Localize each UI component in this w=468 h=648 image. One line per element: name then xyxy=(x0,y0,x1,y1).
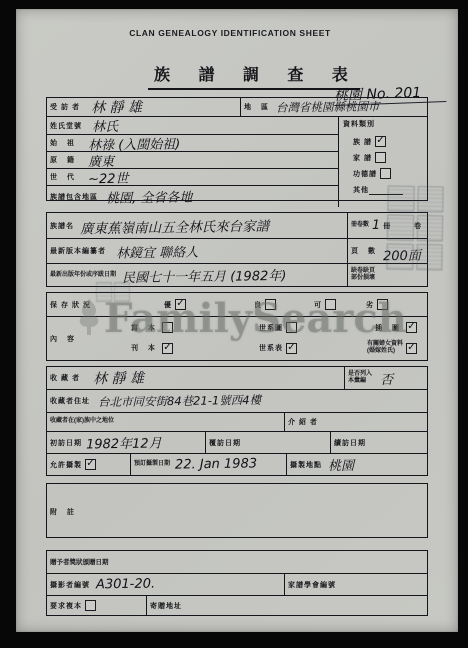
lineage-chart-checkbox xyxy=(286,322,297,333)
followup-visit-label: 續訪日期 xyxy=(334,438,366,448)
first-visit-label: 初訪日期 xyxy=(50,438,82,448)
admin-table: 贈予者獎狀頒贈日期 攝影者編號 A301-20. 家譜學會編號 要求複本 xyxy=(46,550,428,616)
donor-award-date-label: 贈予者獎狀頒贈日期 xyxy=(50,559,109,566)
other-option-blank xyxy=(369,187,403,195)
surname-hall-label: 姓氏堂號 xyxy=(50,121,82,131)
volumes-label: 冊卷數 xyxy=(351,222,369,229)
volumes-unit-juan: 卷 xyxy=(414,221,424,231)
poor-option-label: 劣 xyxy=(366,300,374,310)
volumes-value: 1 xyxy=(372,218,380,233)
fair-option-label: 可 xyxy=(314,300,322,310)
book-title-label: 族譜名 xyxy=(50,221,74,231)
scheduled-filming-date-label: 預訂攝製日期 xyxy=(134,461,170,468)
partial-damage-label: 部份損壞 xyxy=(351,275,375,282)
holder-address-value: 台北市同安街84巷21-1號西4樓 xyxy=(98,392,261,410)
origin-label: 原 籍 xyxy=(50,155,78,165)
form-title: 族 譜 調 查 表 xyxy=(148,62,360,90)
notes-table: 附 註 xyxy=(46,483,428,538)
first-visit-value: 1982年12月 xyxy=(86,432,162,452)
compiler-value: 林鏡宜 聯絡人 xyxy=(116,241,198,261)
manuscript-checkbox xyxy=(162,322,173,333)
scheduled-filming-date-value: 22. Jan 1983 xyxy=(175,456,257,472)
merit-genealogy-checkbox xyxy=(380,168,391,179)
first-ancestor-label: 始 祖 xyxy=(50,138,78,148)
coverage-label: 族譜包含地區 xyxy=(50,192,98,202)
good-option-label: 良 xyxy=(254,300,262,310)
printed-option-label: 刊 本 xyxy=(131,343,159,353)
holder-table: 收藏者 林 靜 雄 是否列入 本彙編 否 收藏者住址 台北市同安街84巷21-1… xyxy=(46,366,428,476)
interviewee-label: 受訪者 xyxy=(50,102,83,112)
lineage-chart-option-label: 世系圖 xyxy=(259,323,283,333)
basic-info-table: 受訪者 林 靜 雄 地 區 台灣省桃園縣桃園市 姓氏堂號 林氏 xyxy=(46,97,428,201)
good-checkbox xyxy=(265,299,276,310)
excellent-option-label: 優 xyxy=(164,300,172,310)
interviewee-value: 林 靜 雄 xyxy=(91,97,142,118)
merit-genealogy-option-label: 功德譜 xyxy=(353,169,377,179)
holder-value: 林 靜 雄 xyxy=(93,368,144,389)
generations-value: ~22世 xyxy=(88,167,129,187)
pages-value: 200面 xyxy=(383,244,421,264)
clan-genealogy-option-label: 族 譜 xyxy=(353,137,372,147)
included-label-line2: 本彙編 xyxy=(348,378,372,385)
book-info-table: 族譜名 廣東蕉嶺南山五全林氏來台家譜 冊卷數 1 冊 卷 最新版本編纂者 林鏡宜… xyxy=(46,212,428,287)
clan-genealogy-checkbox: ✓ xyxy=(375,136,386,147)
publication-date-value: 民國七十一年五月 (1982年) xyxy=(122,264,287,285)
surname-hall-value: 林氏 xyxy=(92,116,118,135)
mailing-address-label: 寄贈地址 xyxy=(150,601,182,611)
fair-checkbox xyxy=(325,299,336,310)
material-type-label: 資料類別 xyxy=(343,119,423,129)
lineage-table-checkbox: ✓ xyxy=(286,343,297,354)
second-visit-label: 覆訪日期 xyxy=(209,438,241,448)
family-genealogy-checkbox xyxy=(375,152,386,163)
form-paper: CLAN GENEALOGY IDENTIFICATION SHEET 族 譜 … xyxy=(16,9,458,632)
missing-volumes-label: 缺卷缺頁 xyxy=(351,268,375,275)
area-value: 台灣省桃園縣桃園市 xyxy=(276,98,380,115)
photographer-number-value: A301-20. xyxy=(96,577,155,593)
other-option-label: 其他 xyxy=(353,185,369,195)
holder-label: 收藏者 xyxy=(50,373,83,383)
scanned-document: CLAN GENEALOGY IDENTIFICATION SHEET 族 譜 … xyxy=(0,0,468,648)
english-title: CLAN GENEALOGY IDENTIFICATION SHEET xyxy=(16,28,444,38)
copy-requested-label: 要求複本 xyxy=(50,601,82,611)
material-type-cell: 資料類別 族 譜 ✓ 家 譜 功德譜 其他 xyxy=(339,117,427,207)
photographer-number-label: 攝影者編號 xyxy=(50,580,90,590)
familysearch-tree-icon xyxy=(76,297,102,337)
area-label: 地 區 xyxy=(244,102,272,112)
family-genealogy-option-label: 家 譜 xyxy=(353,153,372,163)
introducer-label: 介 紹 者 xyxy=(288,417,318,427)
included-value: 否 xyxy=(380,369,393,388)
society-number-label: 家譜學會編號 xyxy=(288,580,336,590)
filming-location-label: 攝製地點 xyxy=(290,460,322,470)
poor-checkbox xyxy=(377,299,388,310)
book-title-value: 廣東蕉嶺南山五全林氏來台家譜 xyxy=(80,214,269,237)
illustration-option-label: 插 圖 xyxy=(375,323,403,333)
pages-label: 頁 數 xyxy=(351,246,379,256)
holder-position-label: 收藏者在(家)族中之地位 xyxy=(50,418,114,425)
condition-table: 保存狀況 優 ✓ 良 可 劣 xyxy=(46,292,428,361)
holder-address-label: 收藏者住址 xyxy=(50,396,90,406)
publication-date-label: 最新出版年份或序跋日期 xyxy=(50,272,116,279)
contents-label: 內 容 xyxy=(50,334,78,344)
manuscript-option-label: 寫 本 xyxy=(131,323,159,333)
origin-value: 廣東 xyxy=(88,150,114,169)
women-data-checkbox: ✓ xyxy=(406,343,417,354)
filming-permitted-label: 允許攝製 xyxy=(50,460,82,470)
filming-location-value: 桃園 xyxy=(328,455,354,474)
generations-label: 世 代 xyxy=(50,172,78,182)
excellent-checkbox: ✓ xyxy=(175,299,186,310)
illustration-checkbox: ✓ xyxy=(406,322,417,333)
volumes-unit-ce: 冊 xyxy=(383,221,391,231)
compiler-label: 最新版本編纂者 xyxy=(50,246,106,256)
lineage-table-option-label: 世系表 xyxy=(259,343,283,353)
copy-requested-checkbox xyxy=(85,600,96,611)
women-data-label-line1: 有關婦女資料 xyxy=(367,341,403,348)
coverage-value: 桃園, 全省各地 xyxy=(106,186,193,206)
women-data-label-line2: (婚嫁姓氏) xyxy=(367,348,395,355)
filming-permitted-checkbox: ✓ xyxy=(85,459,96,470)
notes-label: 附 註 xyxy=(50,507,78,517)
printed-checkbox: ✓ xyxy=(162,343,173,354)
